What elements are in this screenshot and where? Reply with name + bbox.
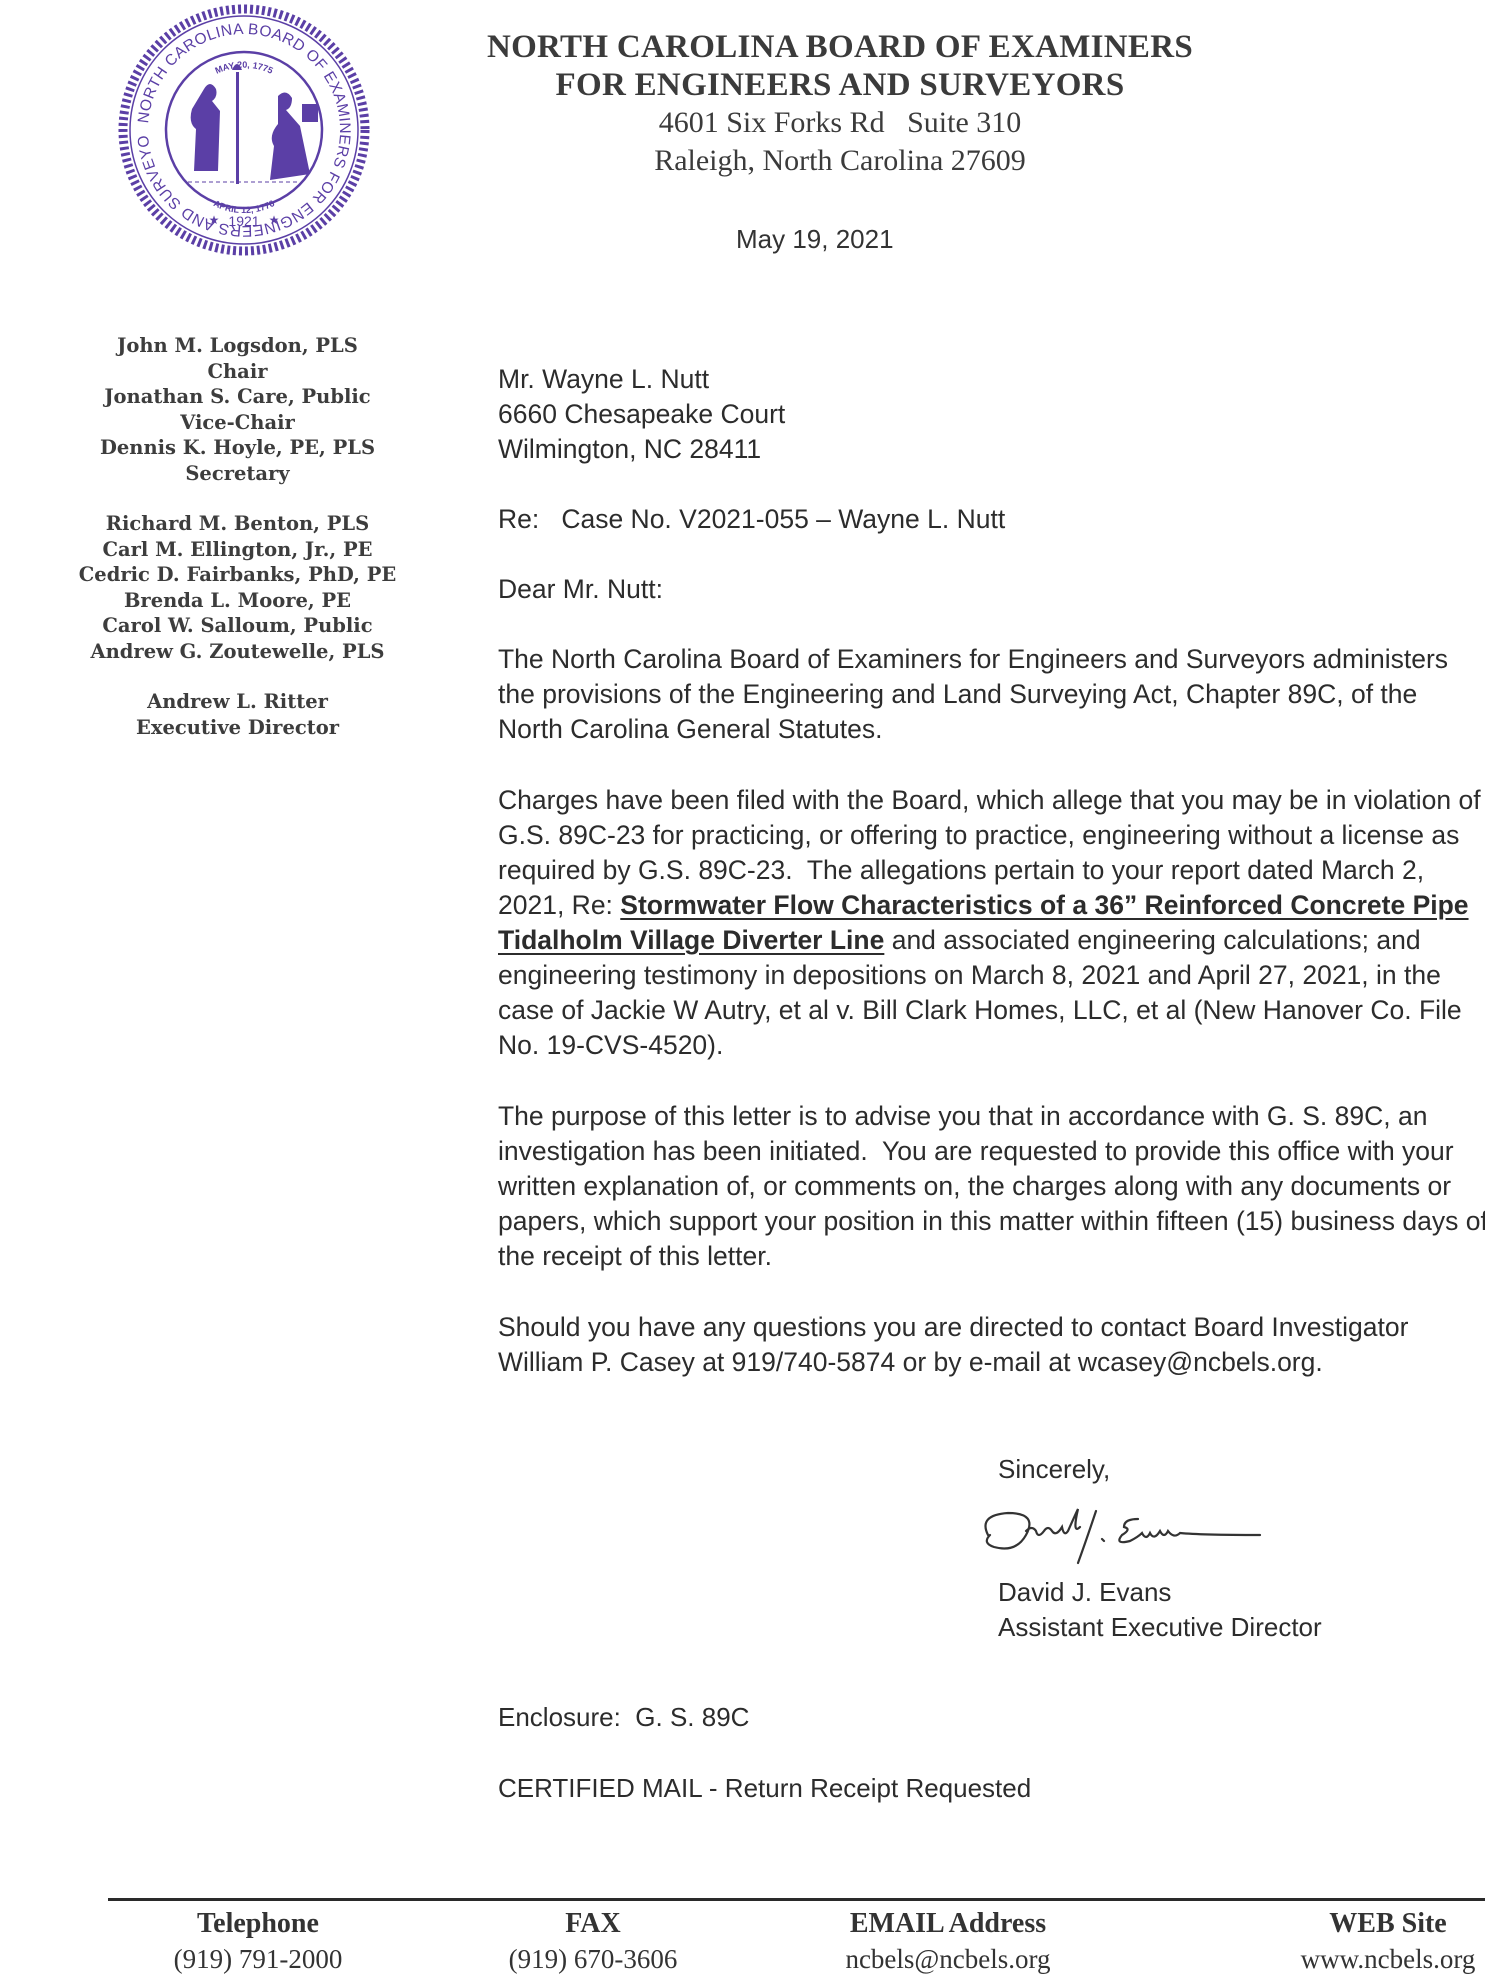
salutation: Dear Mr. Nutt: (498, 572, 1485, 607)
recipient-street: 6660 Chesapeake Court (498, 397, 1485, 432)
enclosure-note: Enclosure: G. S. 89C (498, 1702, 749, 1733)
member-name: Carol W. Salloum, Public (60, 613, 415, 639)
valediction: Sincerely, (998, 1452, 1322, 1487)
organization-name-line1: NORTH CAROLINA BOARD OF EXAMINERS (440, 28, 1240, 66)
footer-telephone: Telephone (919) 791-2000 (108, 1906, 408, 1976)
footer-label: EMAIL Address (798, 1906, 1098, 1942)
officer-name: Jonathan S. Care, Public (60, 384, 415, 410)
address-line1: 4601 Six Forks Rd Suite 310 (440, 104, 1240, 142)
executive-director: Andrew L. Ritter Executive Director (60, 689, 415, 740)
officer-title: Chair (60, 359, 415, 385)
svg-text:★: ★ (209, 213, 220, 227)
footer-label: FAX (443, 1906, 743, 1942)
handwritten-signature-icon (968, 1495, 1278, 1575)
footer-website: WEB Site www.ncbels.org (1238, 1906, 1485, 1976)
footer-fax: FAX (919) 670-3606 (443, 1906, 743, 1976)
recipient-address: Mr. Wayne L. Nutt 6660 Chesapeake Court … (498, 362, 1485, 467)
closing-block: Sincerely, David J. Evans Assistant Exec… (998, 1452, 1322, 1645)
officer-name: John M. Logsdon, PLS (60, 333, 415, 359)
member-name: Brenda L. Moore, PE (60, 588, 415, 614)
footer-label: Telephone (108, 1906, 408, 1942)
svg-text:MAY 20, 1775: MAY 20, 1775 (214, 60, 275, 76)
footer-divider (108, 1898, 1485, 1901)
svg-text:★: ★ (269, 213, 280, 227)
footer-value[interactable]: ncbels@ncbels.org (798, 1942, 1098, 1976)
paragraph-3: The purpose of this letter is to advise … (498, 1099, 1485, 1274)
letter-date: May 19, 2021 (736, 224, 894, 255)
re-line: Re: Case No. V2021-055 – Wayne L. Nutt (498, 502, 1485, 537)
svg-text:1921: 1921 (228, 213, 259, 229)
recipient-name: Mr. Wayne L. Nutt (498, 362, 1485, 397)
paragraph-2: Charges have been filed with the Board, … (498, 783, 1485, 1063)
footer-label: WEB Site (1238, 1906, 1485, 1942)
signer-name: David J. Evans (998, 1575, 1322, 1610)
footer-value: (919) 791-2000 (108, 1942, 408, 1976)
footer-email: EMAIL Address ncbels@ncbels.org (798, 1906, 1098, 1976)
paragraph-1: The North Carolina Board of Examiners fo… (498, 642, 1485, 747)
letter-body: Mr. Wayne L. Nutt 6660 Chesapeake Court … (498, 362, 1485, 1380)
executive-director-title: Executive Director (60, 715, 415, 741)
organization-name-line2: FOR ENGINEERS AND SURVEYORS (440, 66, 1240, 104)
member-name: Andrew G. Zoutewelle, PLS (60, 639, 415, 665)
delivery-method: CERTIFIED MAIL - Return Receipt Requeste… (498, 1773, 1031, 1804)
officer-name: Dennis K. Hoyle, PE, PLS (60, 435, 415, 461)
board-officers: John M. Logsdon, PLS Chair Jonathan S. C… (60, 333, 415, 486)
footer-value: (919) 670-3606 (443, 1942, 743, 1976)
recipient-city: Wilmington, NC 28411 (498, 432, 1485, 467)
paragraph-4: Should you have any questions you are di… (498, 1310, 1485, 1380)
executive-director-name: Andrew L. Ritter (60, 689, 415, 715)
footer-value[interactable]: www.ncbels.org (1238, 1942, 1485, 1976)
signer-title: Assistant Executive Director (998, 1610, 1322, 1645)
address-line2: Raleigh, North Carolina 27609 (440, 142, 1240, 180)
member-name: Carl M. Ellington, Jr., PE (60, 537, 415, 563)
board-members: Richard M. Benton, PLS Carl M. Ellington… (60, 511, 415, 664)
letterhead: NORTH CAROLINA BOARD OF EXAMINERS FOR EN… (440, 28, 1240, 180)
officer-title: Vice-Chair (60, 410, 415, 436)
member-name: Richard M. Benton, PLS (60, 511, 415, 537)
member-name: Cedric D. Fairbanks, PhD, PE (60, 562, 415, 588)
board-seal-icon: NORTH CAROLINA BOARD OF EXAMINERS FOR EN… (118, 4, 370, 256)
officer-title: Secretary (60, 461, 415, 487)
board-members-list: John M. Logsdon, PLS Chair Jonathan S. C… (60, 333, 415, 765)
